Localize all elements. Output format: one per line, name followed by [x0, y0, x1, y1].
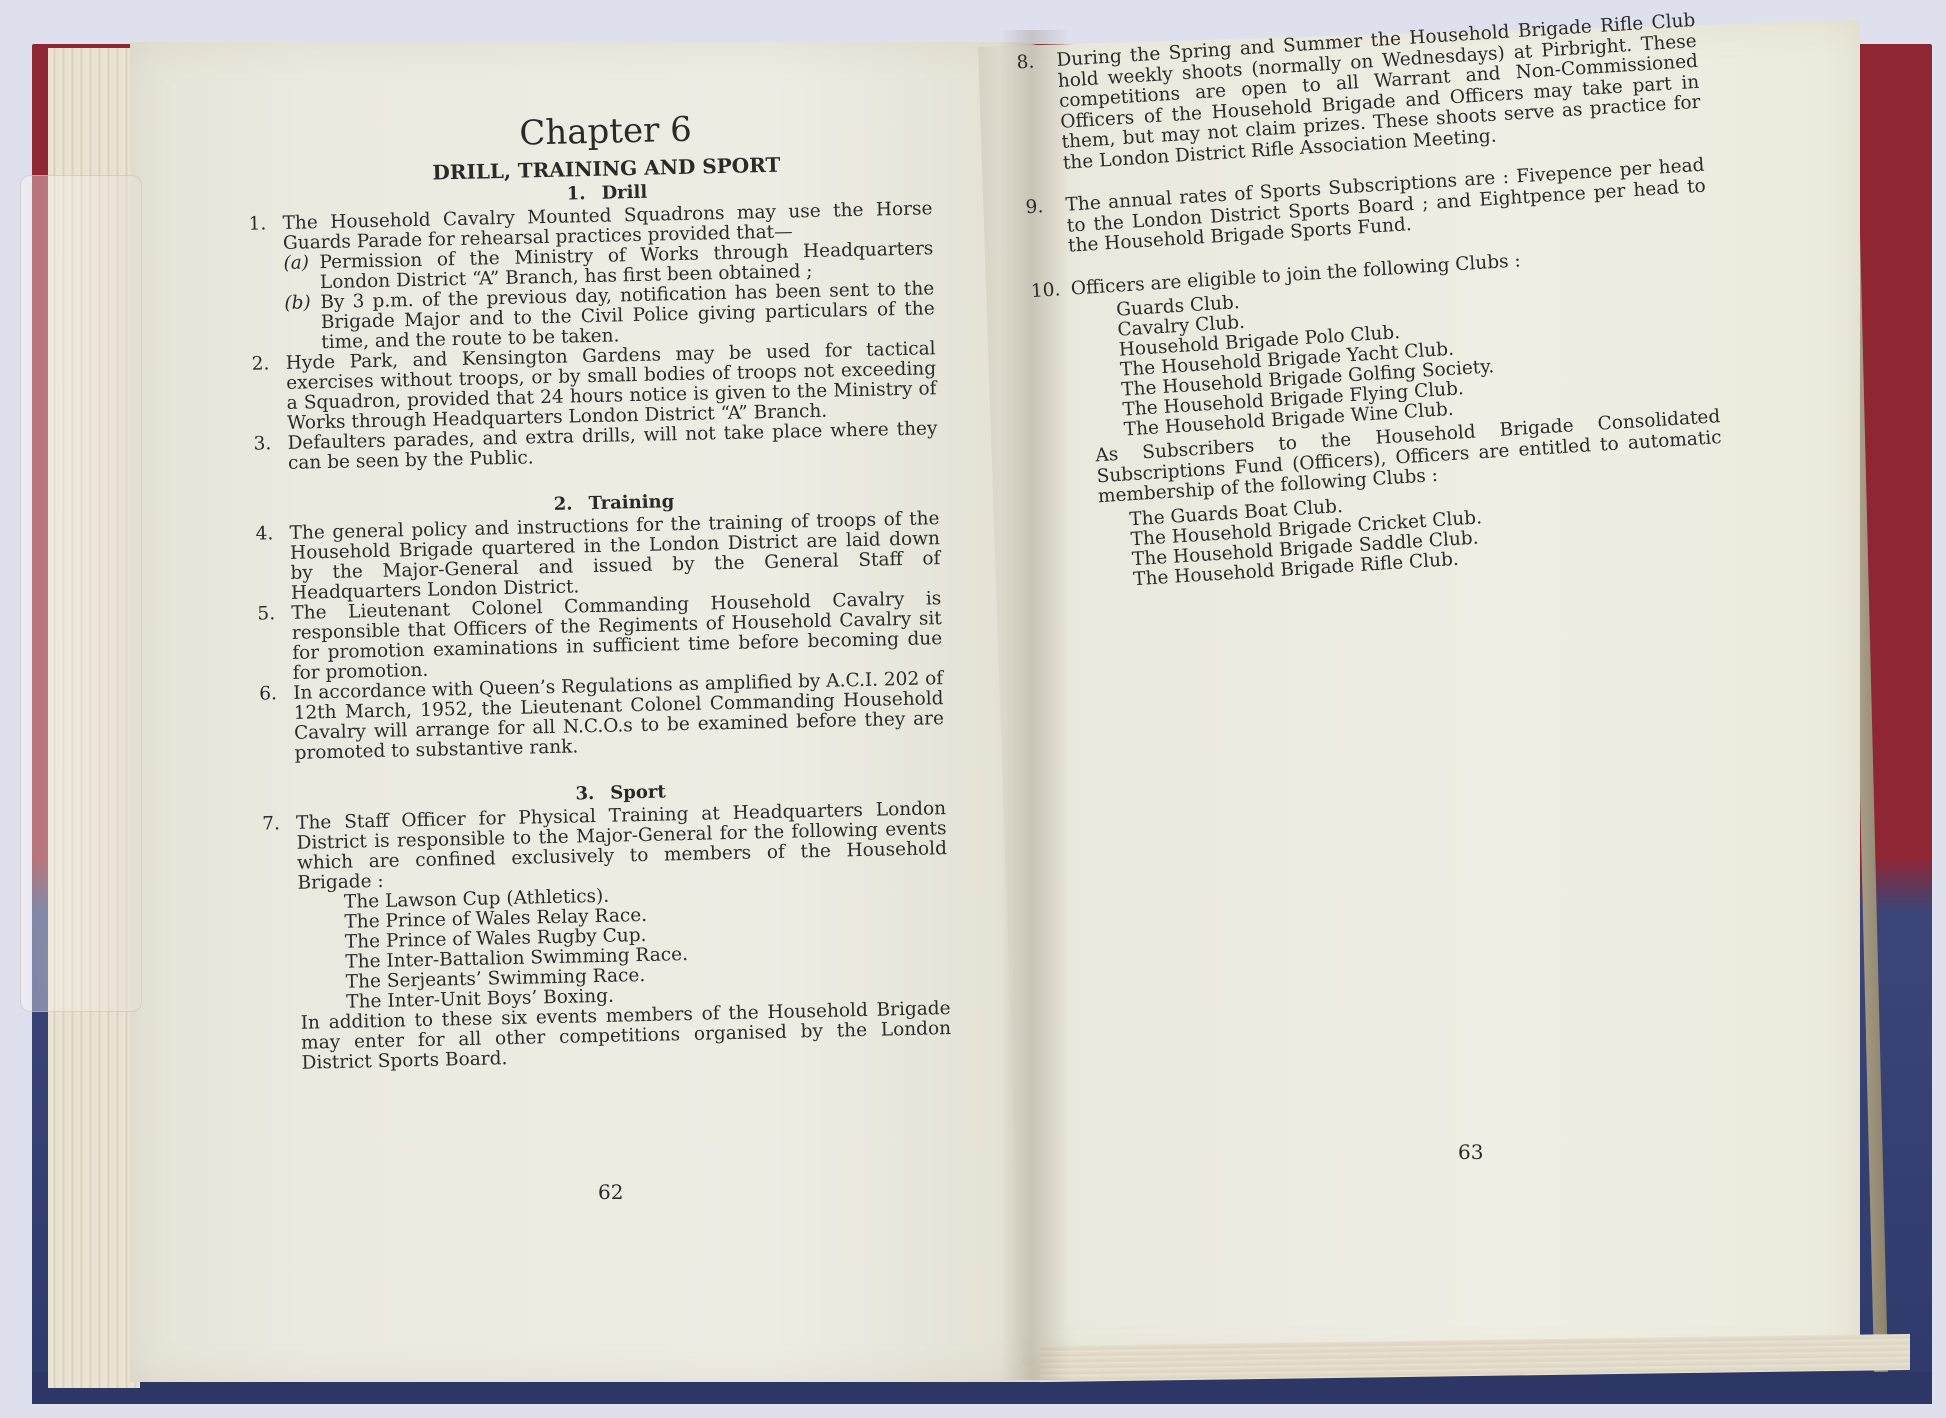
section-title: Training — [588, 491, 674, 514]
subitem-letter: (a) — [283, 253, 309, 274]
sport-events-list: The Lawson Cup (Athletics). The Prince o… — [298, 879, 951, 1014]
section-title: Drill — [601, 182, 647, 204]
paragraph-number: 2. — [252, 354, 270, 374]
paragraph-text: In accordance with Queen’s Regulations a… — [293, 668, 944, 764]
paragraph-number: 5. — [257, 604, 275, 624]
paragraph-6: 6. In accordance with Queen’s Regulation… — [293, 669, 945, 764]
paragraph-number: 1. — [248, 214, 266, 234]
paragraph-number: 6. — [259, 684, 277, 704]
paragraph-number: 3. — [253, 434, 271, 454]
paragraph-number: 10. — [1030, 280, 1061, 302]
paragraph-7: 7. The Staff Officer for Physical Traini… — [296, 799, 948, 894]
section-number: 2. — [554, 493, 573, 514]
paragraph-number: 7. — [262, 814, 280, 834]
section-number: 3. — [575, 783, 594, 804]
paragraph-text: The Staff Officer for Physical Training … — [296, 798, 947, 894]
paragraph-number: 4. — [255, 524, 273, 544]
right-page-content: 8. During the Spring and Summer the Hous… — [1056, 11, 1729, 593]
book-gutter — [1000, 30, 1070, 1380]
chapter-title: Chapter 6 — [280, 107, 931, 156]
page-holder-clip — [20, 175, 142, 1012]
page-number-right: 63 — [1458, 1140, 1483, 1164]
paragraph-number: 9. — [1025, 197, 1044, 219]
section-number: 1. — [567, 183, 586, 204]
page-number-left: 62 — [598, 1180, 623, 1204]
subitem-letter: (b) — [284, 293, 311, 314]
section-title: Sport — [610, 781, 666, 803]
paragraph-number: 8. — [1016, 52, 1035, 74]
left-page-content: Chapter 6 DRILL, TRAINING AND SPORT 1.Dr… — [280, 95, 952, 1073]
